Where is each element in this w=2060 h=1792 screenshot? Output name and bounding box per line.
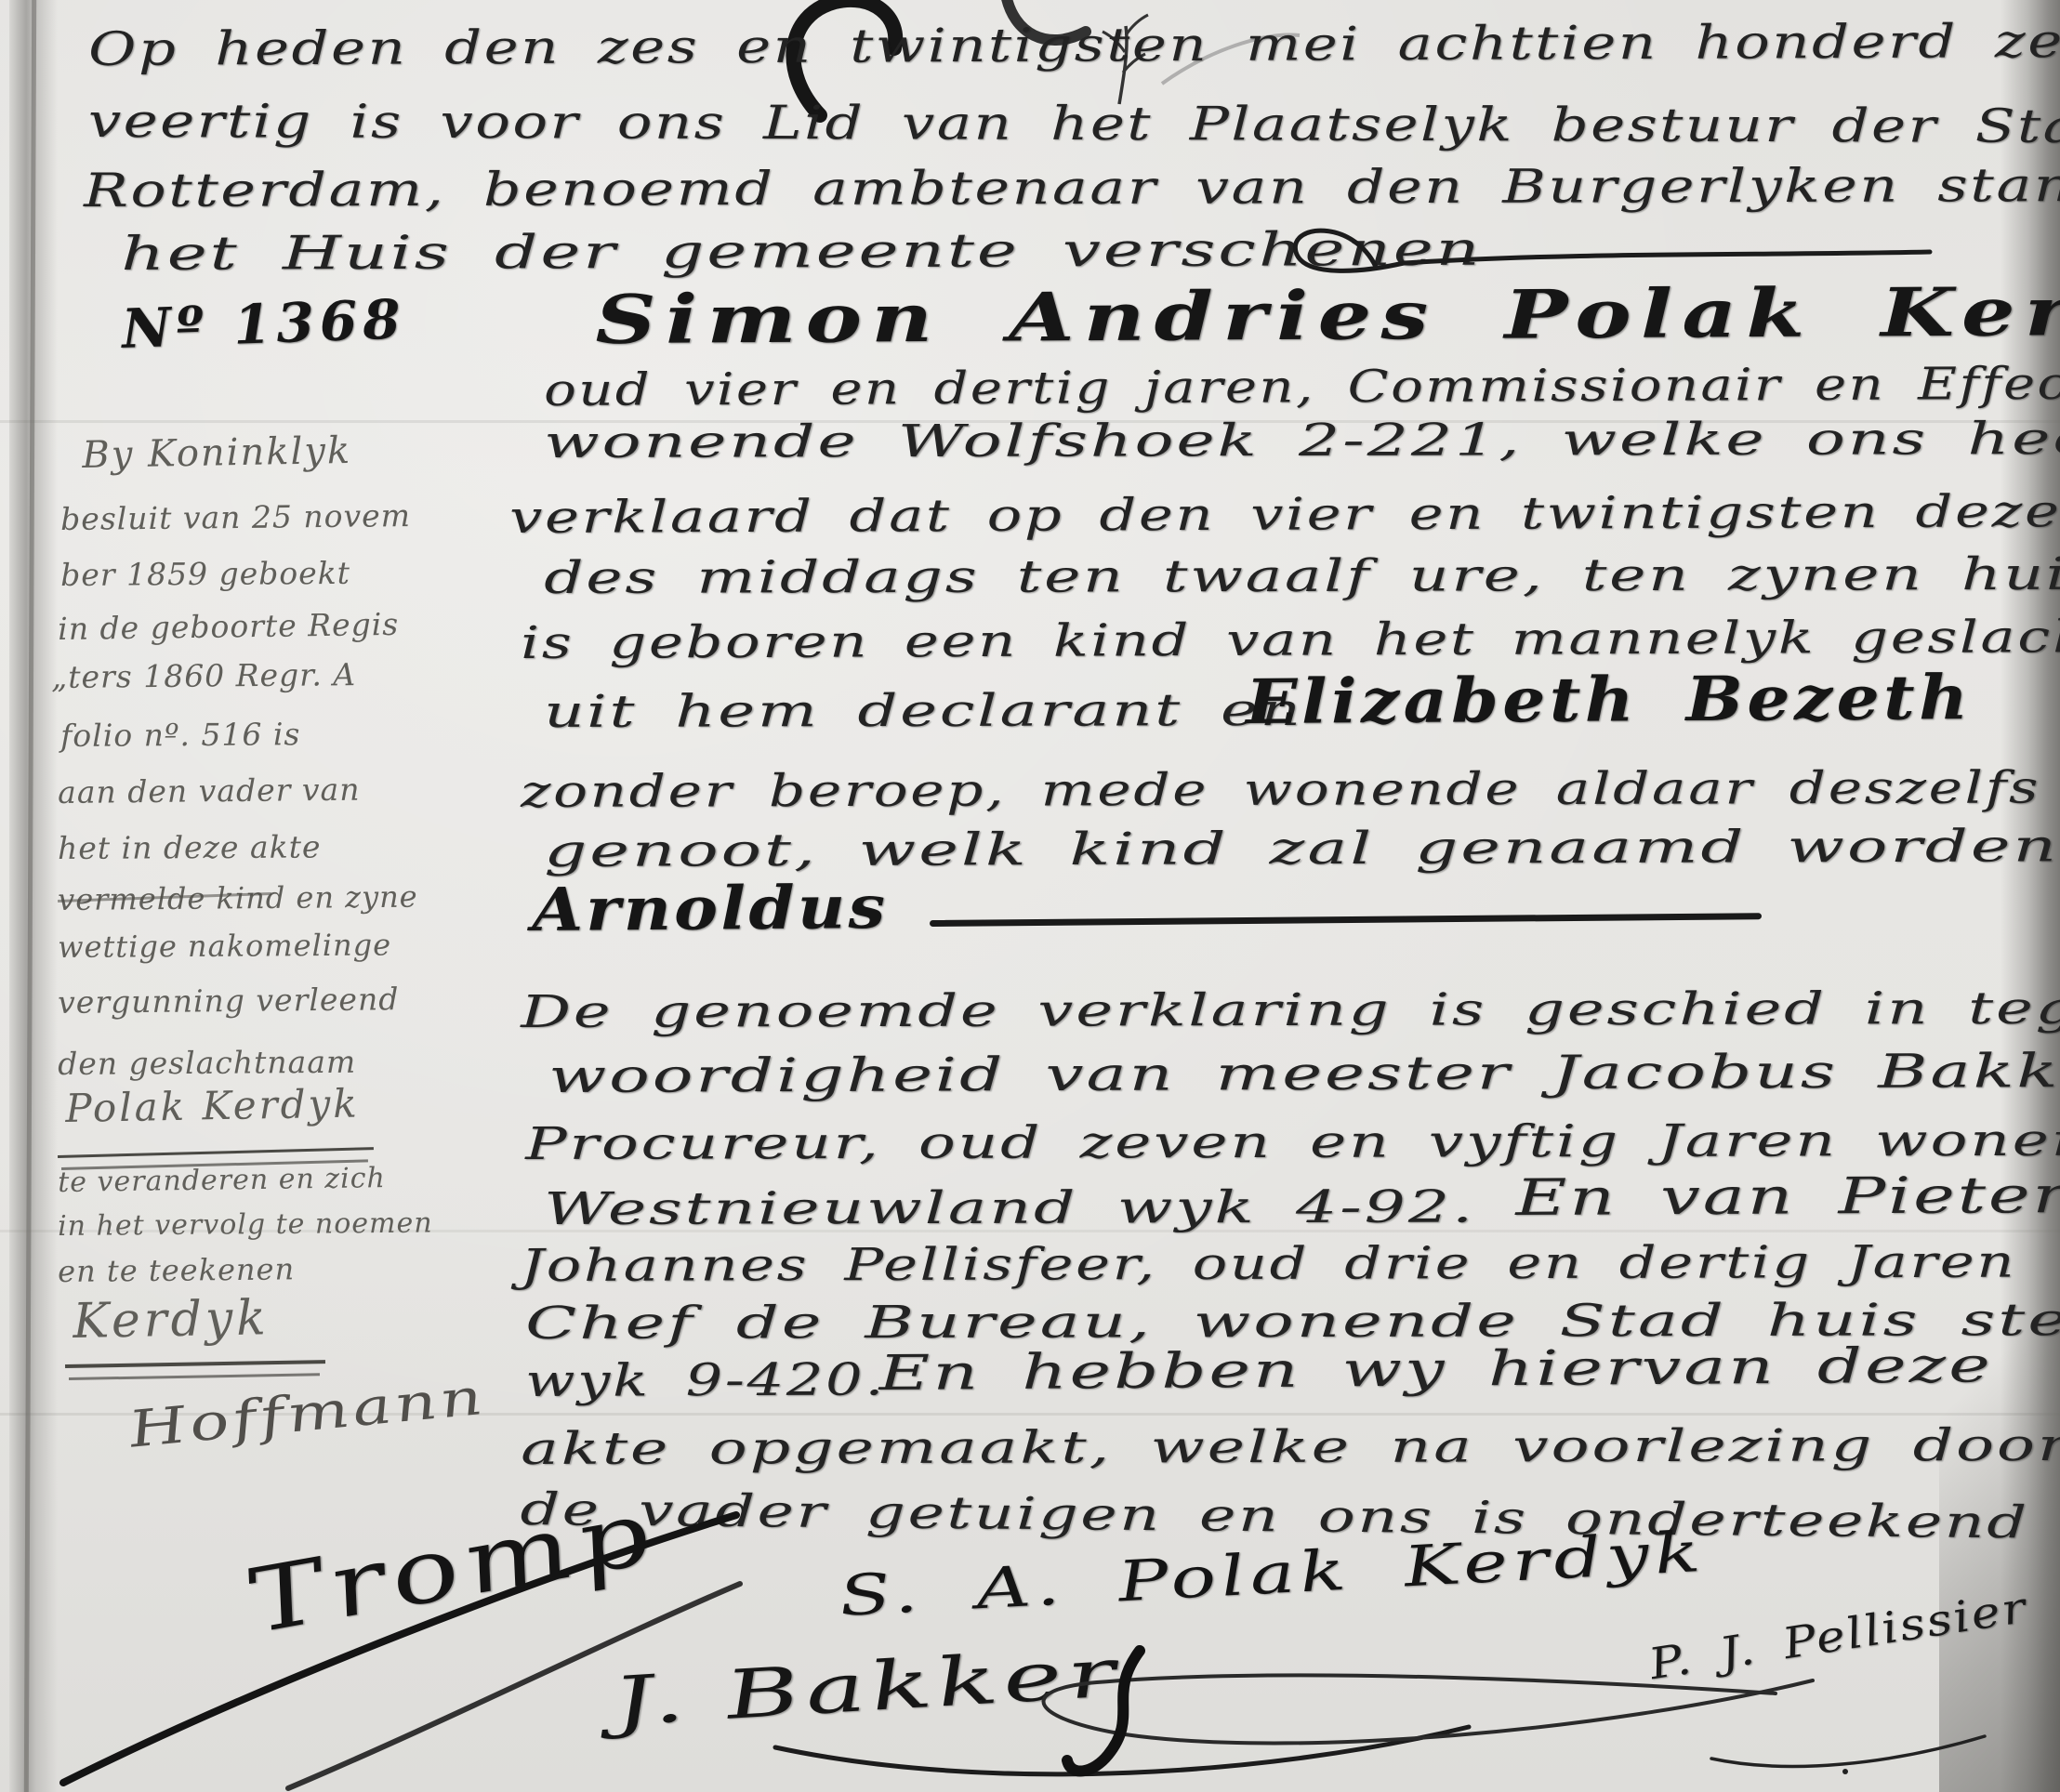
- body-line: wyk 9-420.: [525, 1357, 886, 1403]
- margin-note-line: folio nº. 516 is: [60, 718, 300, 751]
- body-line: oud vier en dertig jaren, Commissionair …: [544, 361, 2060, 413]
- margin-note-line: By Koninklyk: [82, 432, 351, 474]
- margin-note-line: wettige nakomelinge: [58, 929, 391, 962]
- margin-underline: [65, 1360, 325, 1368]
- body-line: verklaard dat op den vier en twintigsten…: [509, 489, 2060, 540]
- body-line: Johannes Pellisfeer, oud drie en dertig …: [521, 1240, 2016, 1288]
- body-line: genoot, welk kind zal genaamd worden: [544, 824, 2059, 874]
- scanned-birth-record-page: Op heden den zes en twintigsten mei acht…: [0, 0, 2060, 1792]
- body-line: des middags ten twaalf ure, ten zynen hu…: [544, 552, 2060, 600]
- body-line: zonder beroep, mede wonende aldaar desze…: [521, 765, 2060, 814]
- body-line: Procureur, oud zeven en vyftig Jaren won…: [525, 1118, 2060, 1166]
- body-line: veertig is voor ons Lid van het Plaatsel…: [88, 98, 2060, 150]
- margin-note-line: den geslachtnaam: [58, 1047, 356, 1079]
- margin-note-line: en te teekenen: [58, 1254, 295, 1286]
- margin-note-line: „ters 1860 Regr. A: [51, 659, 356, 692]
- margin-underline: [69, 1373, 320, 1380]
- margin-note-line: Polak Kerdyk: [65, 1084, 360, 1128]
- margin-note-line: aan den vader van: [58, 774, 361, 808]
- margin-note-line: te veranderen en zich: [58, 1165, 386, 1197]
- pellissier-signature-flourish: [1706, 1727, 1994, 1779]
- body-line: akte opgemaakt, welke na voorlezing door: [521, 1423, 2060, 1471]
- margin-note-line: besluit van 25 novem: [60, 500, 411, 534]
- body-line: De genoemde verklaring is geschied in te…: [521, 986, 2060, 1034]
- child-name: Arnoldus: [532, 878, 889, 941]
- body-line: is geboren een kind van het mannelyk ges…: [521, 614, 2060, 665]
- margin-note-line: het in deze akte: [58, 832, 322, 863]
- declarant-name: Simon Andries Polak Kerdyk: [595, 277, 2060, 353]
- body-line: En hebben wy hiervan deze: [878, 1341, 1993, 1398]
- act-number: Nº 1368: [121, 292, 406, 356]
- child-name-filler-dash: [930, 913, 1762, 927]
- body-line: woordigheid van meester Jacobus Bakker: [548, 1048, 2060, 1100]
- margin-note-line: in de geboorte Regis: [58, 609, 399, 644]
- body-line: Op heden den zes en twintigsten mei acht…: [88, 17, 2060, 72]
- margin-note-line: Kerdyk: [73, 1294, 270, 1346]
- mother-name: Elizabeth Bezeth: [1246, 666, 1973, 732]
- body-line: uit hem declarant en: [544, 688, 1303, 734]
- margin-note-line: ber 1859 geboekt: [60, 558, 350, 590]
- body-line: Rotterdam, benoemd ambtenaar van den Bur…: [84, 162, 2060, 214]
- body-line: de vader getuigen en ons is onderteekend: [520, 1487, 2029, 1545]
- margin-signature-hoffmann: Hoffmann: [125, 1372, 489, 1456]
- body-line: En van Pieter: [1515, 1170, 2060, 1223]
- margin-note-line: in het vervolg te noemen: [58, 1209, 433, 1241]
- margin-note-line: vergunning verleend: [58, 983, 400, 1018]
- body-line: wonende Wolfshoek 2-221, welke ons heeft: [544, 416, 2060, 465]
- body-line: Westnieuwland wyk 4-92.: [544, 1185, 1475, 1232]
- margin-underline: [58, 1147, 374, 1158]
